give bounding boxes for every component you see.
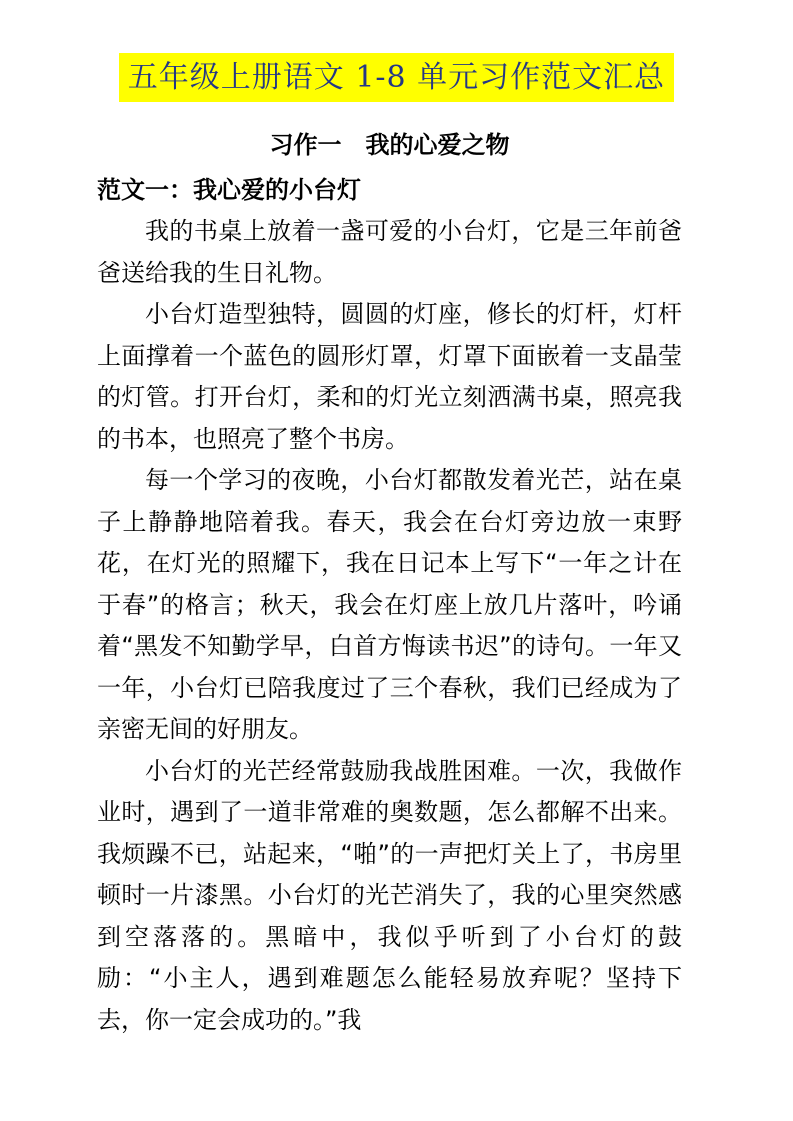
document-page: 五年级上册语文 1-8 单元习作范文汇总 习作一 我的心爱之物 范文一：我心爱的… [0,0,793,1121]
essay-heading: 范文一：我心爱的小台灯 [97,170,682,212]
essay-paragraph-2: 小台灯造型独特，圆圆的灯座，修长的灯杆，灯杆上面撑着一个蓝色的圆形灯罩，灯罩下面… [97,294,682,460]
essay-paragraph-3: 每一个学习的夜晚，小台灯都散发着光芒，站在桌子上静静地陪着我。春天，我会在台灯旁… [97,460,682,751]
essay-paragraph-1: 我的书桌上放着一盏可爱的小台灯，它是三年前爸爸送给我的生日礼物。 [97,211,682,294]
section-heading: 习作一 我的心爱之物 [97,125,682,167]
document-title: 五年级上册语文 1-8 单元习作范文汇总 [119,53,674,102]
document-content: 习作一 我的心爱之物 范文一：我心爱的小台灯 我的书桌上放着一盏可爱的小台灯，它… [97,125,682,1041]
document-title-row: 五年级上册语文 1-8 单元习作范文汇总 [0,0,793,102]
essay-paragraph-4: 小台灯的光芒经常鼓励我战胜困难。一次，我做作业时，遇到了一道非常难的奥数题，怎么… [97,751,682,1042]
